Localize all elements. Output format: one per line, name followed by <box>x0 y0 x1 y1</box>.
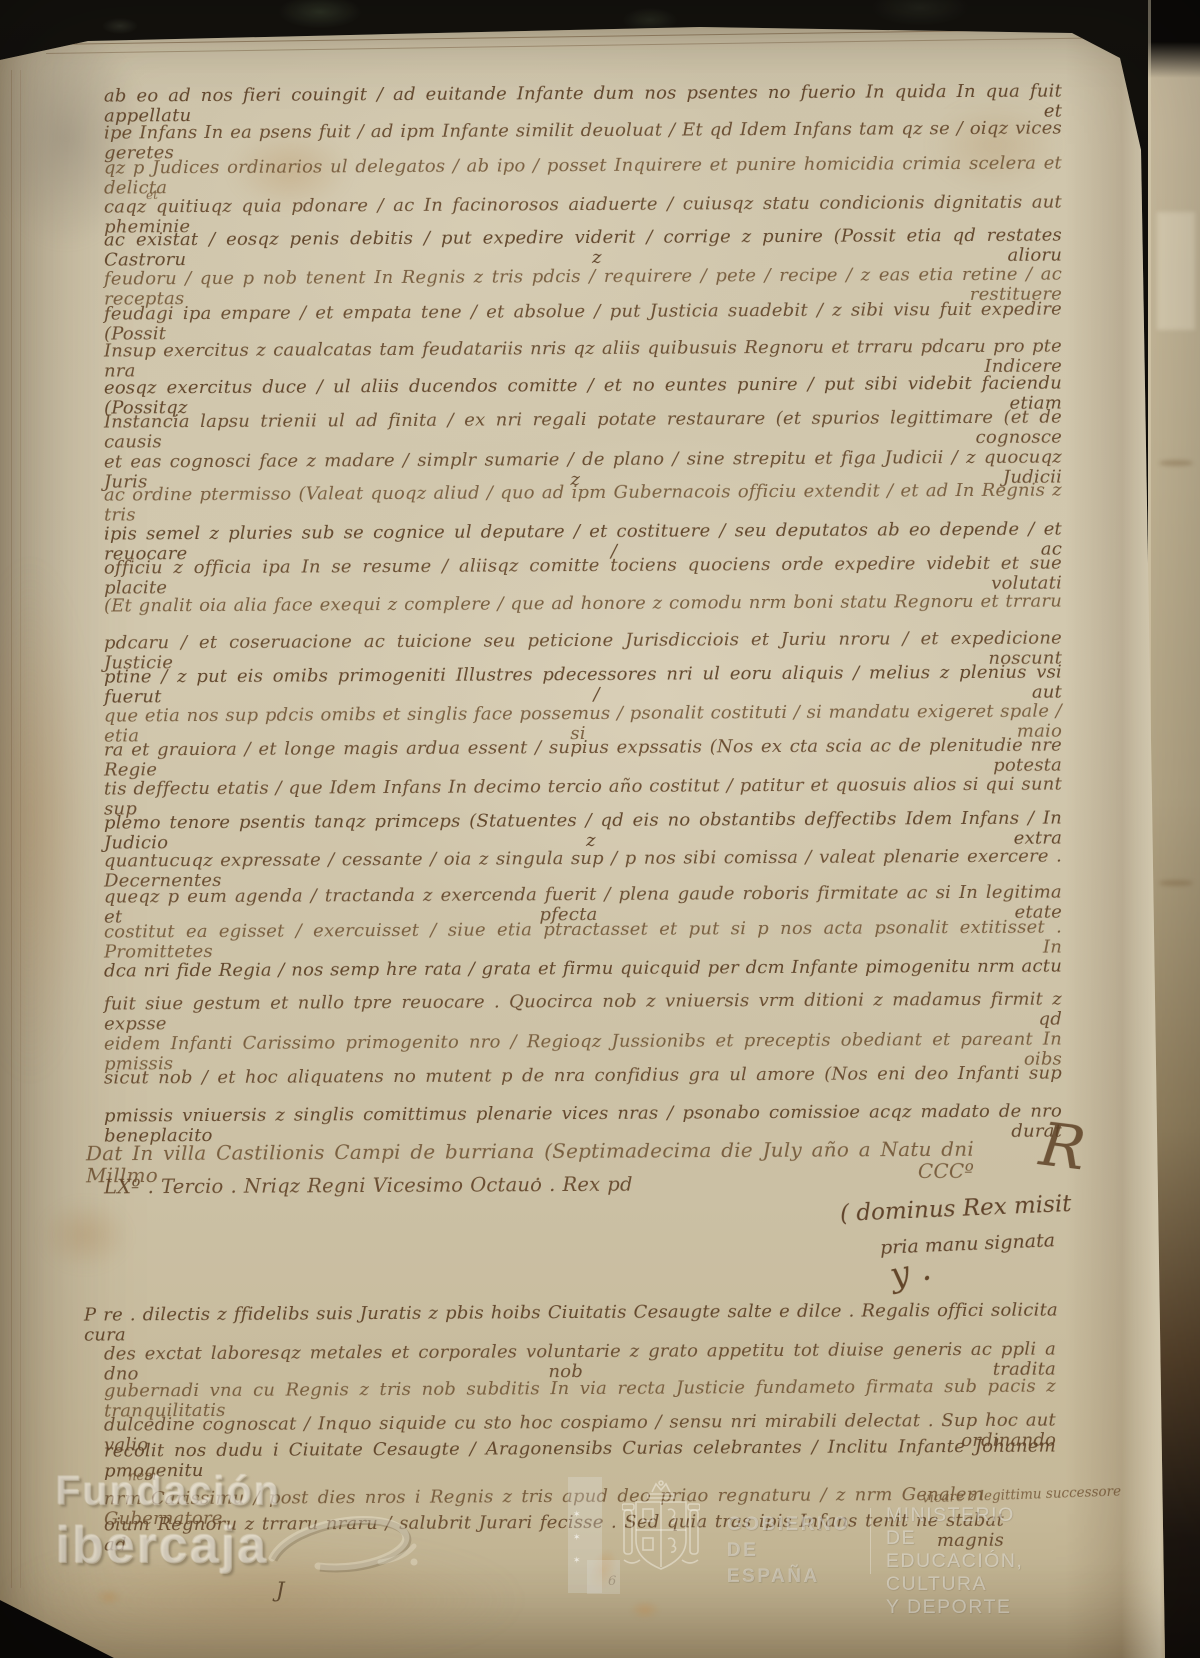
spain-coat-of-arms <box>622 1480 700 1584</box>
watermark-text: DE EDUCACIÓN, CULTURA <box>886 1527 1023 1596</box>
droplet-stain <box>630 1600 660 1620</box>
gobierno-text: GOBIERNO DE ESPAÑA <box>727 1512 850 1590</box>
logo-flag-band: ✶✶✶ <box>568 1477 602 1593</box>
ink-ghost-mark <box>1159 460 1193 466</box>
stain <box>40 1200 130 1270</box>
manuscript-photo: ab eo ad nos fieri couingit / ad euitand… <box>0 0 1200 1658</box>
notarial-paraph: y . <box>886 1248 934 1296</box>
ibercaja-logo-swoosh <box>262 1502 422 1597</box>
binding-fold-line <box>11 70 12 1588</box>
droplet-stain <box>96 1588 122 1606</box>
left-edge-stain <box>0 560 90 1080</box>
manuscript-line: sicut nob / et hoc aliquatens no mutent … <box>104 1063 1062 1088</box>
manuscript-line: Instancia lapsu trienii ul ad finita / e… <box>104 408 1062 453</box>
watermark-text: ibercaja <box>56 1516 281 1576</box>
watermark-text: MINISTERIO <box>886 1504 1023 1527</box>
watermark-text: Fundación <box>56 1468 281 1515</box>
manuscript-line: (Et gnalit oia alia face exequi z comple… <box>104 591 1062 616</box>
ink-ghost-mark <box>1159 880 1193 886</box>
manuscript-line: LXº . Tercio . Nriqz Regni Vicesimo Octa… <box>104 1174 633 1198</box>
logo-flag-band-ext <box>587 1560 620 1594</box>
watermark-text: DE ESPAÑA <box>727 1538 850 1590</box>
watermark-text: Y DEPORTE <box>886 1596 1023 1619</box>
watermark-text: GOBIERNO <box>727 1512 850 1538</box>
interlinear-correction: et <box>146 188 158 202</box>
logo-divider <box>870 1508 871 1574</box>
registrata-flourish: R <box>1036 1110 1089 1185</box>
manuscript-line: ra et grauiora / et longe magis ardua es… <box>104 735 1062 780</box>
chancery-note-line1: ( dominus Rex misit <box>840 1191 1072 1227</box>
manuscript-line: ac ordine ptermisso (Valeat quoqz aliud … <box>104 480 1062 525</box>
manuscript-line: fuit siue gestum et nullo tpre reuocare … <box>104 990 1062 1035</box>
watermark-fundacion-ibercaja: Fundación ibercaja <box>56 1468 281 1576</box>
manuscript-page: ab eo ad nos fieri couingit / ad euitand… <box>0 0 1200 1658</box>
ministerio-text: MINISTERIO DE EDUCACIÓN, CULTURA Y DEPOR… <box>886 1504 1023 1619</box>
facing-page-tab <box>1157 212 1195 330</box>
flag-stars: ✶✶✶ <box>573 1503 581 1572</box>
manuscript-line: qz p Judices ordinarios ul delegatos / a… <box>104 153 1062 198</box>
binding-fold-line <box>20 70 21 1588</box>
manuscript-line: dca nri fide Regia / nos semp hre rata /… <box>104 957 1062 982</box>
